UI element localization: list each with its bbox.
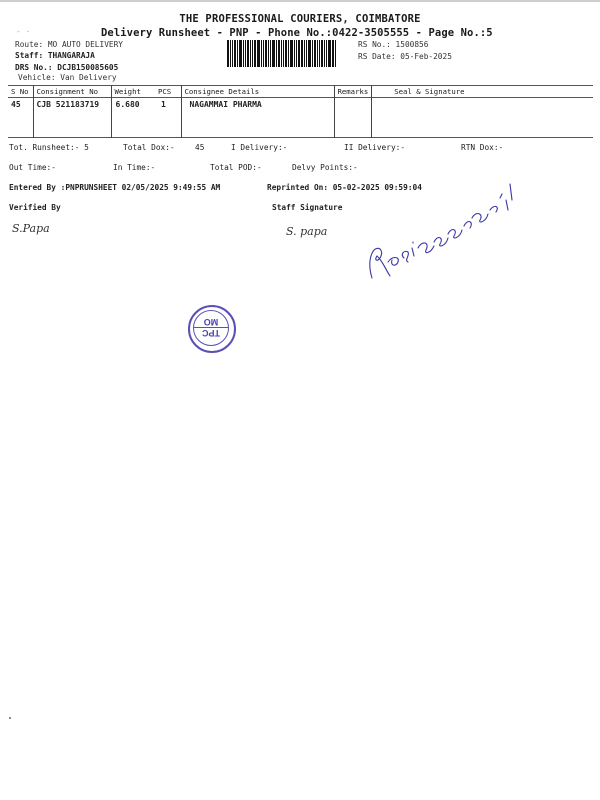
- col-seal-signature: Seal & Signature: [372, 86, 593, 98]
- in-time: In Time:-: [113, 163, 155, 172]
- total-dox-value: 45: [195, 143, 204, 152]
- delvy-points: Delvy Points:-: [292, 163, 358, 172]
- receiver-signature-icon: [360, 170, 540, 290]
- ii-delivery: II Delivery:-: [344, 143, 405, 152]
- tpc-stamp: TPC MO: [188, 305, 236, 353]
- rs-number-field: RS No.: 1500856: [358, 40, 428, 49]
- runsheet-subtitle: Delivery Runsheet - PNP - Phone No.:0422…: [101, 27, 493, 39]
- scan-top-edge: [0, 0, 600, 2]
- i-delivery: I Delivery:-: [231, 143, 287, 152]
- tot-runsheet: Tot. Runsheet:- 5: [9, 143, 89, 152]
- vehicle-field: Vehicle: Van Delivery: [18, 73, 117, 82]
- col-consignment-no: Consignment No: [33, 86, 111, 98]
- cell-seal-signature: [372, 98, 593, 138]
- cell-weight: 6.680: [111, 98, 155, 138]
- col-weight: Weight: [111, 86, 155, 98]
- cell-consignee: NAGAMMAI PHARMA: [181, 98, 334, 138]
- col-consignee-details: Consignee Details: [181, 86, 334, 98]
- out-time: Out Time:-: [9, 163, 56, 172]
- cell-remarks: [334, 98, 372, 138]
- cell-s-no: 45: [8, 98, 33, 138]
- runsheet-table: S No Consignment No Weight PCS Consignee…: [8, 85, 593, 138]
- cell-consignment-no: CJB 521183719: [33, 98, 111, 138]
- total-dox-label: Total Dox:-: [123, 143, 175, 152]
- cell-pcs: 1: [155, 98, 181, 138]
- table-header-row: S No Consignment No Weight PCS Consignee…: [8, 86, 593, 98]
- scan-marks: - ·: [16, 27, 30, 36]
- staff-signature: S. papa: [286, 225, 327, 238]
- staff-field: Staff: THANGARAJA: [15, 51, 95, 60]
- col-pcs: PCS: [155, 86, 181, 98]
- scan-speck: [9, 717, 11, 719]
- barcode-icon: [227, 40, 354, 67]
- verified-by-label: Verified By: [9, 203, 61, 212]
- route-field: Route: MO AUTO DELIVERY: [15, 40, 123, 49]
- table-row: 45 CJB 521183719 6.680 1 NAGAMMAI PHARMA: [8, 98, 593, 138]
- rtn-dox: RTN Dox:-: [461, 143, 503, 152]
- total-pod: Total POD:-: [210, 163, 262, 172]
- staff-signature-label: Staff Signature: [272, 203, 342, 212]
- verified-by-signature: S.Papa: [12, 222, 50, 235]
- col-s-no: S No: [8, 86, 33, 98]
- stamp-line-1: TPC: [202, 329, 220, 339]
- col-remarks: Remarks: [334, 86, 372, 98]
- company-title: THE PROFESSIONAL COURIERS, COIMBATORE: [0, 13, 600, 25]
- entered-by: Entered By :PNPRUNSHEET 02/05/2025 9:49:…: [9, 183, 220, 192]
- drs-number-field: DRS No.: DCJB150085605: [15, 63, 118, 72]
- stamp-line-2: MO: [204, 318, 219, 328]
- rs-date-field: RS Date: 05-Feb-2025: [358, 52, 452, 61]
